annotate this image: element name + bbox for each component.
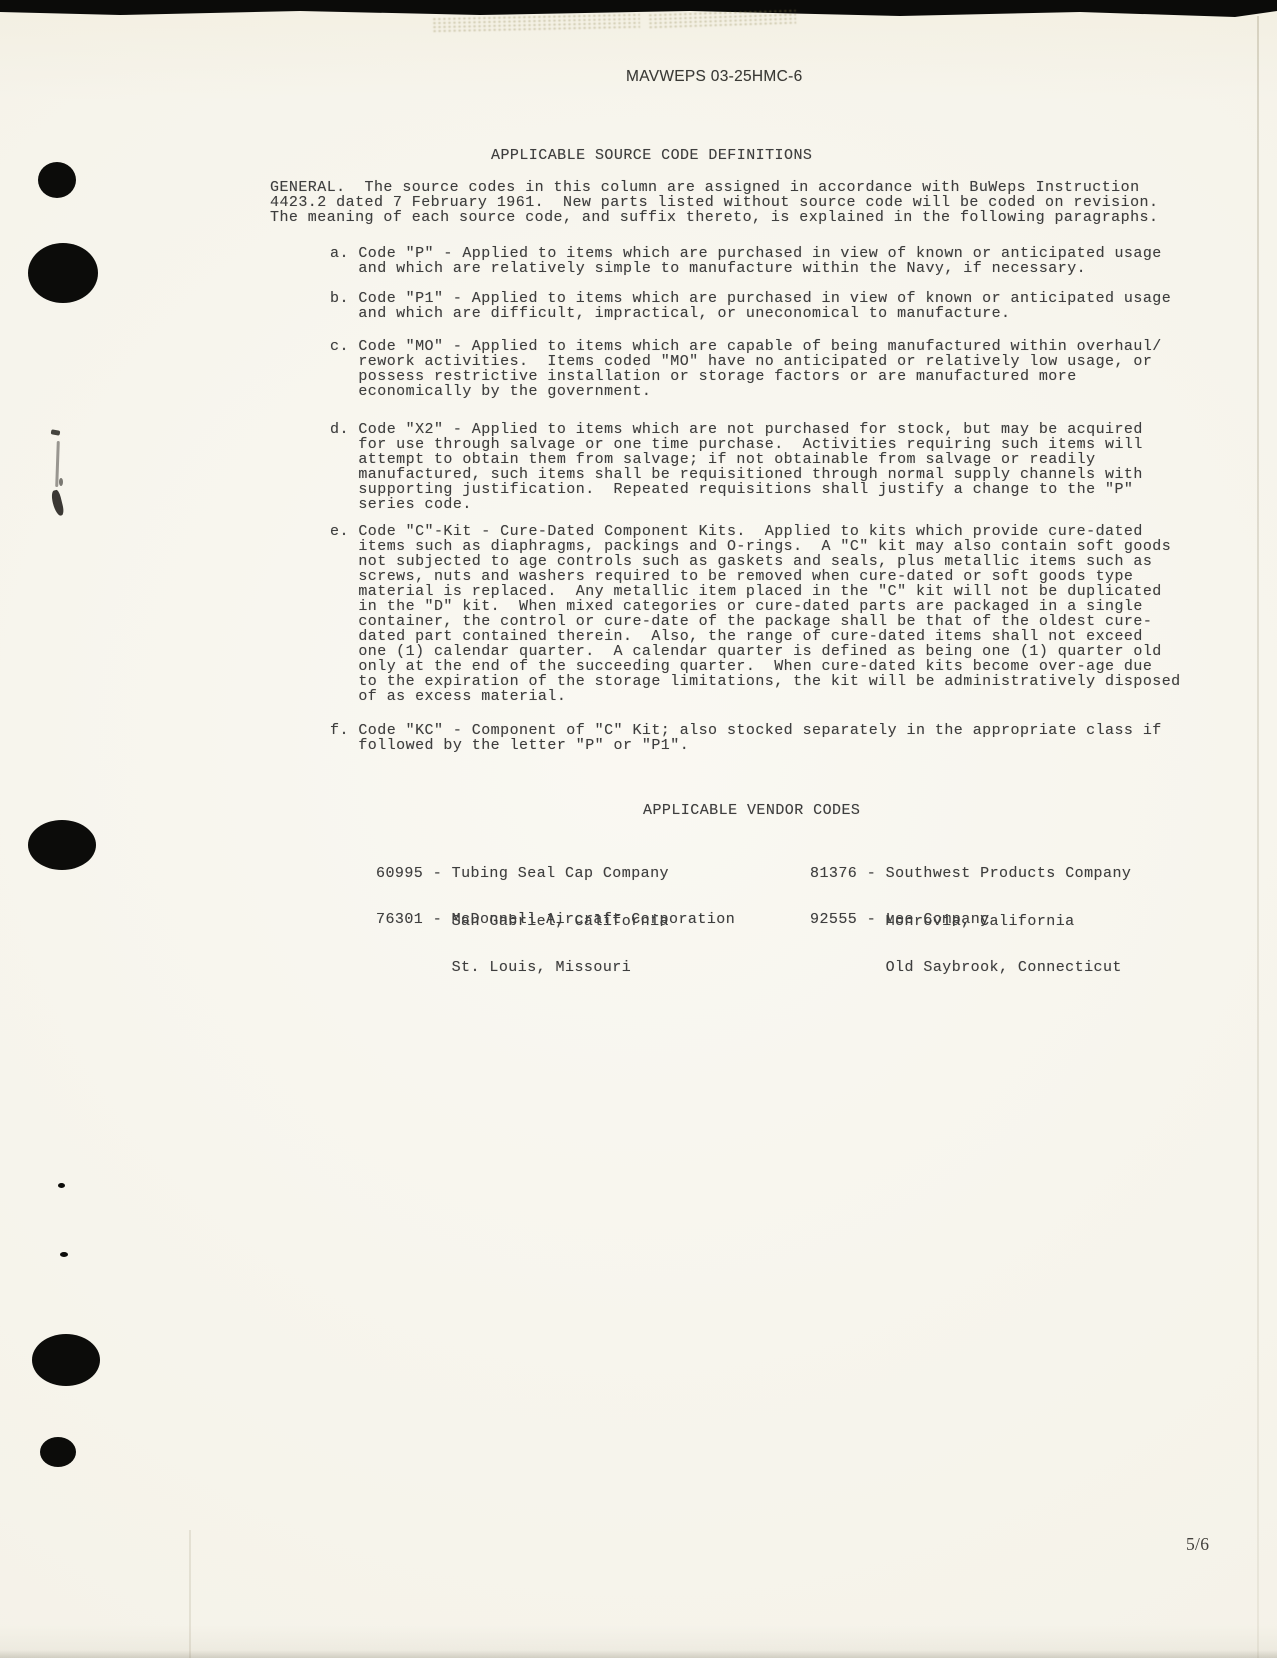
punch-hole-mark — [32, 1334, 100, 1386]
vendor-separator: - — [423, 911, 451, 928]
vendor-entry-76301: 76301 - McDonnell Aircraft Corporation S… — [376, 880, 735, 1008]
bleedthrough-smudge — [432, 13, 640, 33]
vendor-separator: - — [857, 911, 885, 928]
paper-crease — [189, 1530, 191, 1658]
paper-fold-line — [1257, 16, 1259, 1658]
ink-speck — [60, 1252, 68, 1257]
paper-bottom-edge — [0, 1650, 1277, 1658]
source-code-item-f: f. Code "KC" - Component of "C" Kit; als… — [330, 723, 1162, 753]
ink-smudge — [51, 429, 61, 435]
vendor-name: Lee Company — [886, 911, 990, 928]
punch-hole-mark — [40, 1437, 76, 1467]
source-code-item-d: d. Code "X2" - Applied to items which ar… — [330, 422, 1143, 512]
vendor-line: 92555 - Lee Company — [810, 912, 1122, 928]
punch-hole-mark — [28, 820, 96, 870]
source-codes-title: APPLICABLE SOURCE CODE DEFINITIONS — [491, 148, 812, 163]
source-code-item-b: b. Code "P1" - Applied to items which ar… — [330, 291, 1171, 321]
vendor-name: McDonnell Aircraft Corporation — [452, 911, 736, 928]
scanned-document-page: MAVWEPS 03-25HMC-6 APPLICABLE SOURCE COD… — [0, 0, 1277, 1658]
general-paragraph: GENERAL. The source codes in this column… — [270, 180, 1158, 225]
vendor-code: 76301 — [376, 911, 423, 928]
source-code-item-a: a. Code "P" - Applied to items which are… — [330, 246, 1162, 276]
vendor-line: 76301 - McDonnell Aircraft Corporation — [376, 912, 735, 928]
page-number: 5/6 — [1186, 1534, 1209, 1555]
vendor-code: 92555 — [810, 911, 857, 928]
vendor-codes-title: APPLICABLE VENDOR CODES — [643, 803, 860, 818]
ink-smudge — [59, 478, 63, 486]
source-code-item-c: c. Code "MO" - Applied to items which ar… — [330, 339, 1162, 399]
bleedthrough-smudge — [648, 9, 796, 30]
vendor-location: Old Saybrook, Connecticut — [886, 960, 1122, 976]
vendor-location: St. Louis, Missouri — [452, 960, 736, 976]
ink-speck — [58, 1183, 65, 1188]
punch-hole-mark — [28, 243, 98, 303]
ink-smudge — [50, 489, 65, 516]
document-number: MAVWEPS 03-25HMC-6 — [626, 68, 803, 86]
punch-hole-mark — [38, 162, 76, 198]
vendor-entry-92555: 92555 - Lee Company Old Saybrook, Connec… — [810, 880, 1122, 1008]
source-code-item-e: e. Code "C"-Kit - Cure-Dated Component K… — [330, 524, 1181, 704]
